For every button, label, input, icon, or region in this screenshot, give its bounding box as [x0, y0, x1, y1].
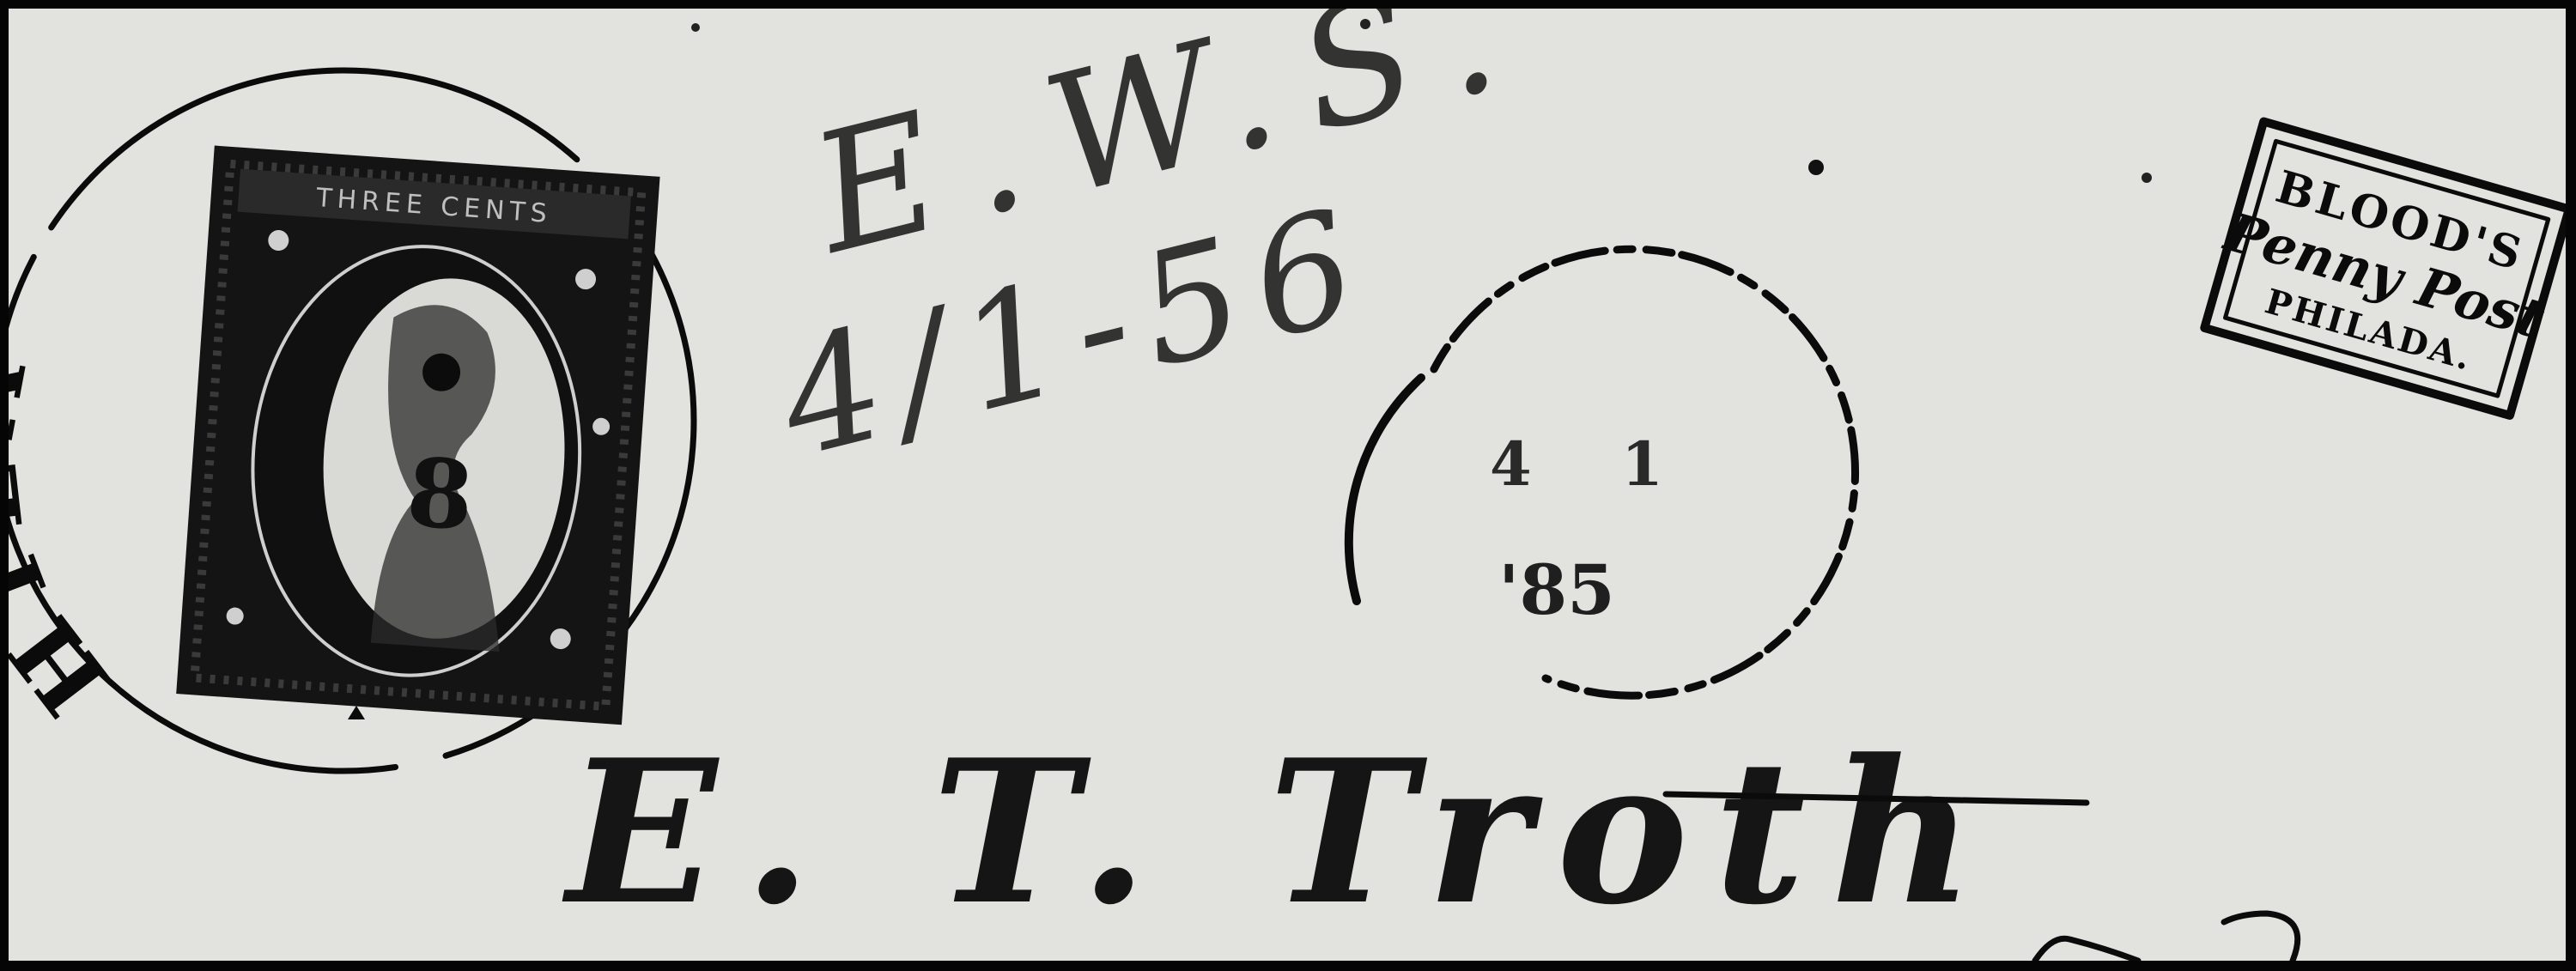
cds-arc-text: HILA — [9, 330, 131, 736]
image-border: HILA THREE CENTS 8 — [0, 0, 2576, 971]
bloods-penny-post-handstamp: BLOOD'S Penny Post PHILADA. — [2198, 119, 2566, 416]
svg-text:HILA: HILA — [9, 330, 131, 736]
receiving-postmark: 4 1 '85 — [1349, 249, 1856, 695]
postage-stamp: THREE CENTS 8 — [176, 146, 659, 725]
receiving-postmark-date: 4 1 — [1490, 428, 1698, 500]
manuscript-notation: E.W.S. 4/1-56 — [762, 9, 1546, 493]
receiving-postmark-year: '85 — [1498, 549, 1615, 630]
signature: E. T. Troth — [562, 717, 2087, 949]
signature-text: E. T. Troth — [562, 717, 2001, 949]
cover-paper: HILA THREE CENTS 8 — [9, 9, 2566, 961]
svg-text:8: 8 — [404, 436, 477, 551]
cover-artwork: HILA THREE CENTS 8 — [9, 9, 2566, 961]
